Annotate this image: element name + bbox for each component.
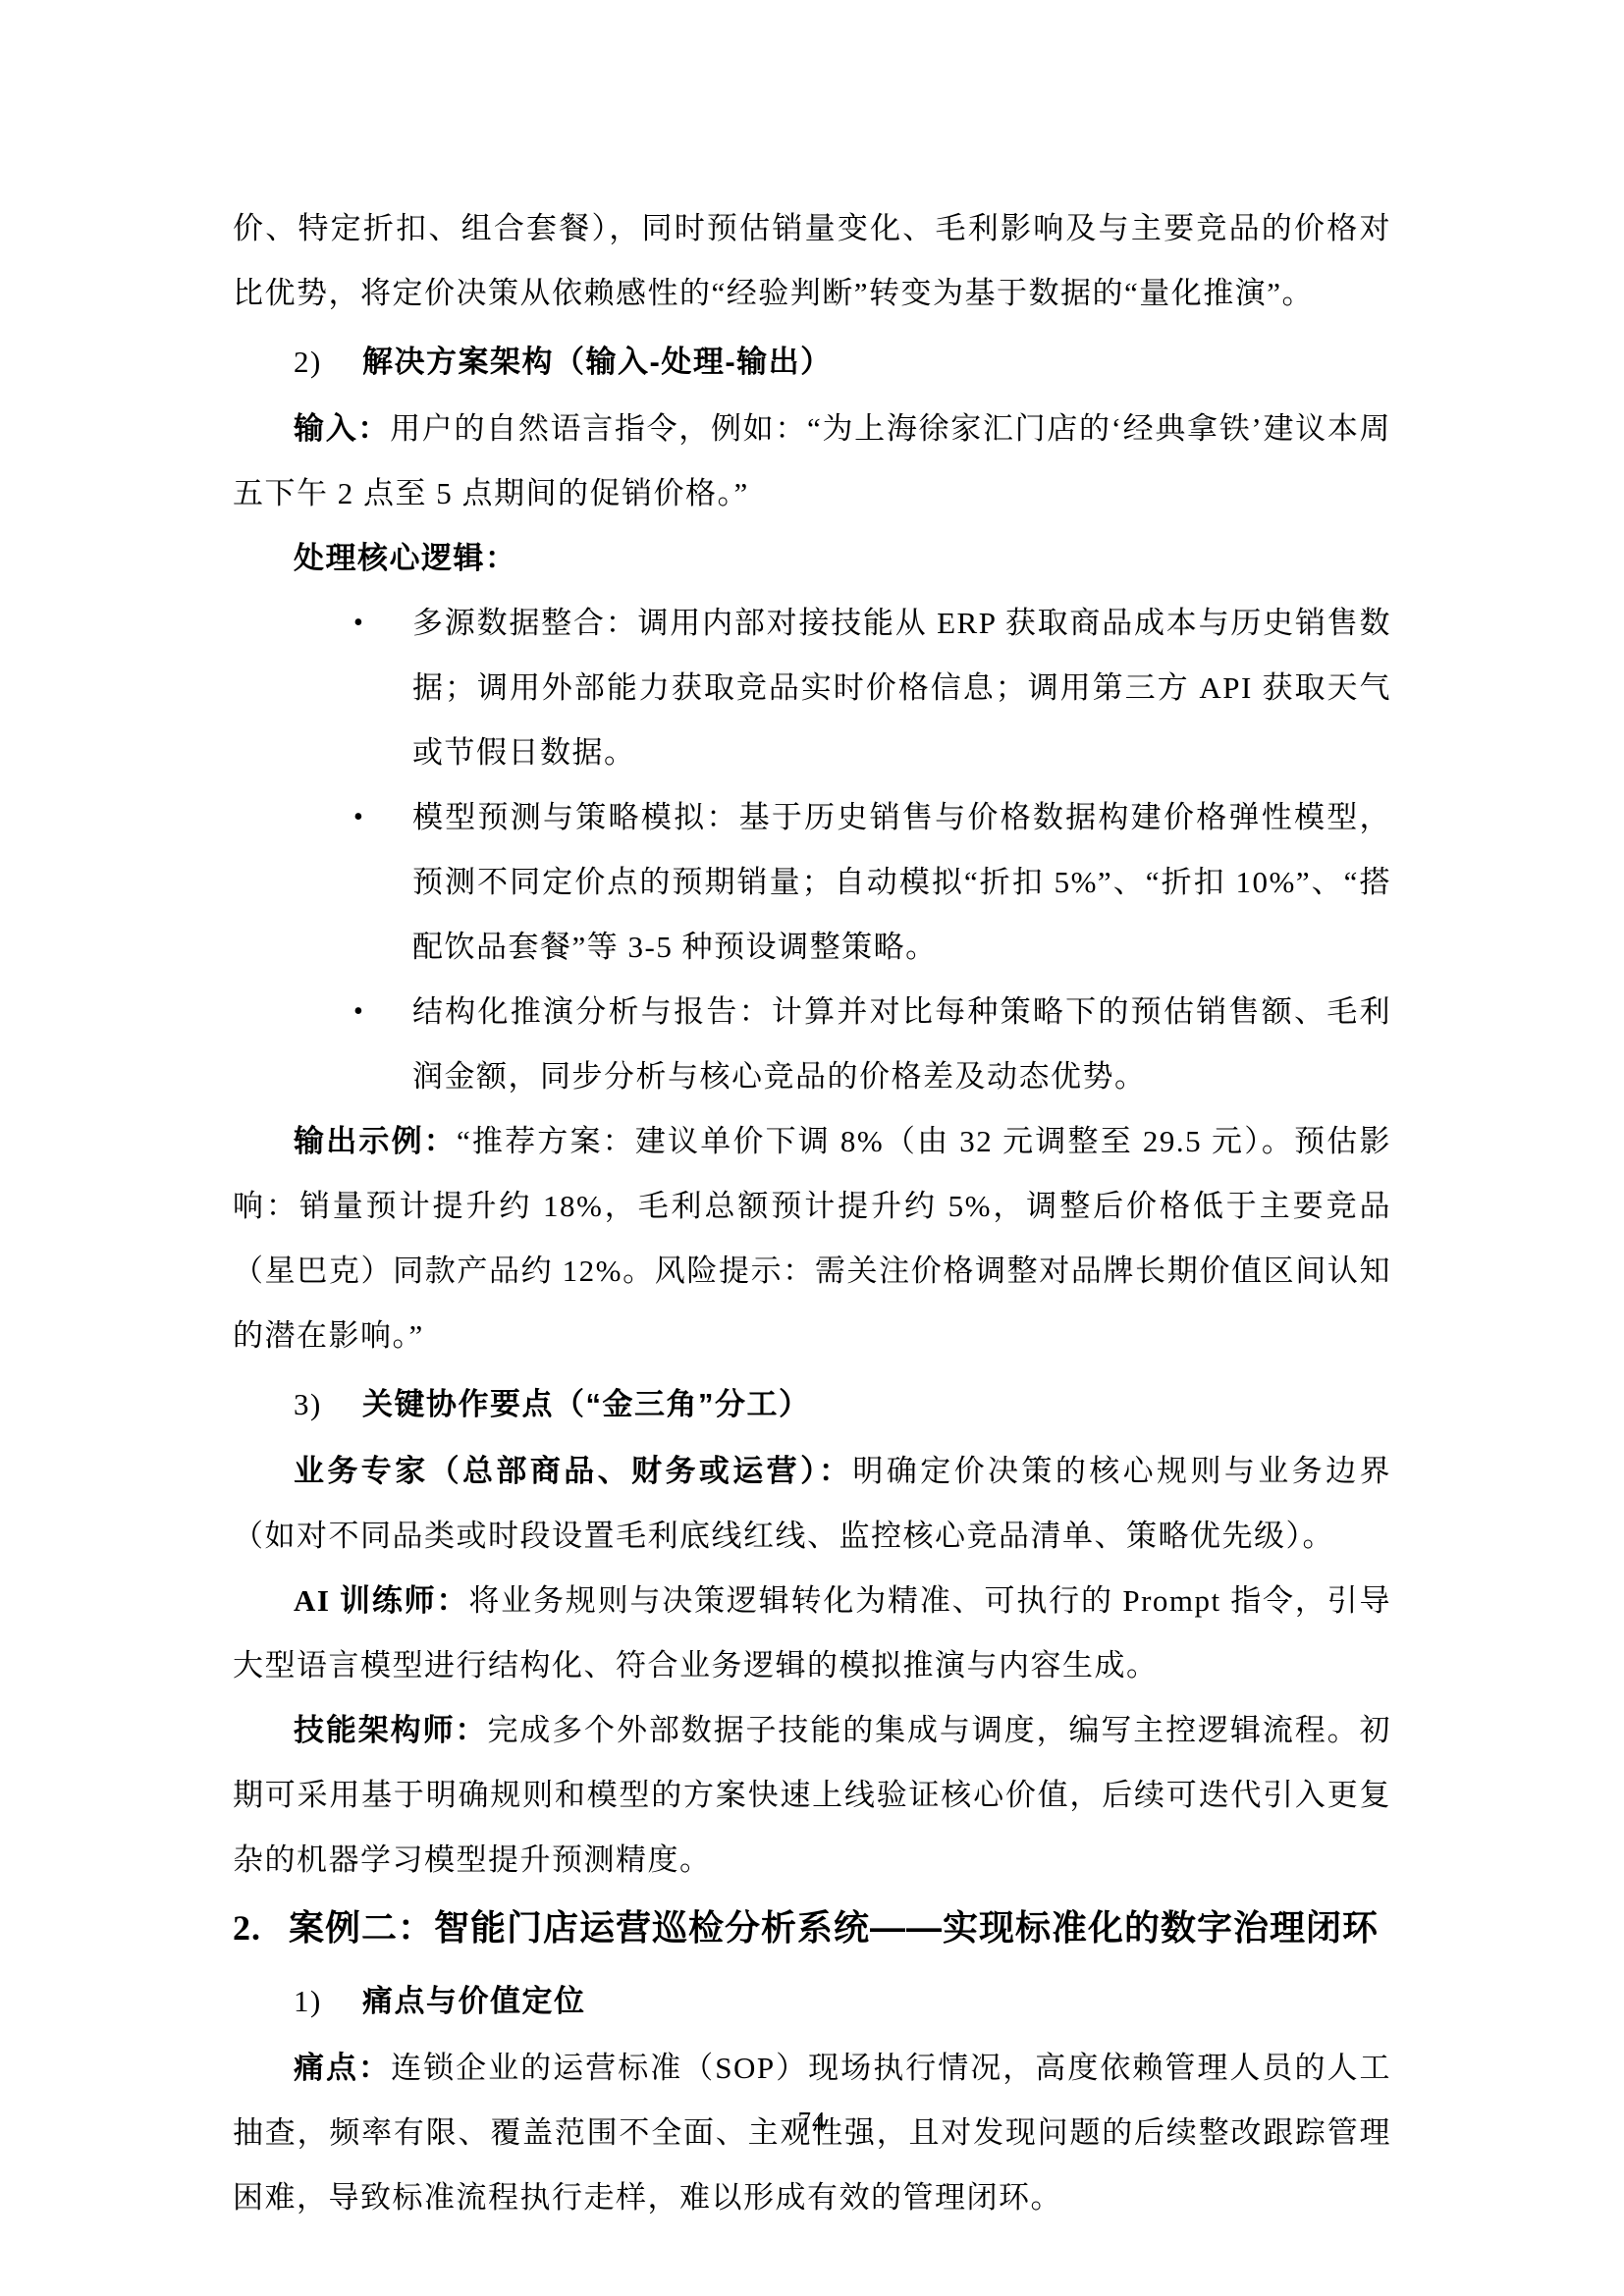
trainer-paragraph: AI 训练师：将业务规则与决策逻辑转化为精准、可执行的 Prompt 指令，引导… <box>233 1569 1391 1698</box>
logic-heading: 处理核心逻辑： <box>233 526 1391 591</box>
section-title: 关键协作要点（“金三角”分工） <box>362 1387 811 1421</box>
page-number: 74 <box>0 2107 1624 2137</box>
section-number: 2) <box>294 330 362 395</box>
list-item: •多源数据整合：调用内部对接技能从 ERP 获取商品成本与历史销售数据；调用外部… <box>233 591 1391 785</box>
list-item: •模型预测与策略模拟：基于历史销售与价格数据构建价格弹性模型，预测不同定价点的预… <box>233 785 1391 980</box>
intro-paragraph: 价、特定折扣、组合套餐），同时预估销量变化、毛利影响及与主要竞品的价格对比优势，… <box>233 196 1391 326</box>
output-paragraph: 输出示例：“推荐方案：建议单价下调 8%（由 32 元调整至 29.5 元）。预… <box>233 1109 1391 1368</box>
architect-label: 技能架构师： <box>294 1713 487 1747</box>
architect-paragraph: 技能架构师：完成多个外部数据子技能的集成与调度，编写主控逻辑流程。初期可采用基于… <box>233 1698 1391 1893</box>
document-body: 价、特定折扣、组合套餐），同时预估销量变化、毛利影响及与主要竞品的价格对比优势，… <box>233 0 1391 2230</box>
bullet-text: 结构化推演分析与报告：计算并对比每种策略下的预估销售额、毛利润金额，同步分析与核… <box>412 994 1391 1094</box>
bullet-icon: • <box>353 785 364 850</box>
case2-heading: 2.案例二：智能门店运营巡检分析系统——实现标准化的数字治理闭环 <box>233 1893 1391 1963</box>
input-text: 用户的自然语言指令，例如：“为上海徐家汇门店的‘经典拿铁’建议本周五下午 2 点… <box>233 411 1391 510</box>
input-label: 输入： <box>294 411 390 446</box>
bullet-text: 模型预测与策略模拟：基于历史销售与价格数据构建价格弹性模型，预测不同定价点的预期… <box>412 800 1391 964</box>
bullet-text: 多源数据整合：调用内部对接技能从 ERP 获取商品成本与历史销售数据；调用外部能… <box>412 606 1391 770</box>
section-title: 解决方案架构（输入-处理-输出） <box>362 345 833 379</box>
section-number: 1) <box>294 1969 362 2034</box>
logic-bullet-list: •多源数据整合：调用内部对接技能从 ERP 获取商品成本与历史销售数据；调用外部… <box>233 591 1391 1109</box>
bullet-icon: • <box>353 591 364 656</box>
section-title: 痛点与价值定位 <box>362 1984 586 2018</box>
case2-number: 2. <box>233 1893 289 1963</box>
section-heading-pain: 1)痛点与价值定位 <box>233 1969 1391 2034</box>
trainer-label: AI 训练师： <box>294 1583 468 1618</box>
list-item: •结构化推演分析与报告：计算并对比每种策略下的预估销售额、毛利润金额，同步分析与… <box>233 980 1391 1109</box>
logic-label: 处理核心逻辑： <box>294 541 517 575</box>
document-page: 价、特定折扣、组合套餐），同时预估销量变化、毛利影响及与主要竞品的价格对比优势，… <box>0 0 1624 2296</box>
output-label: 输出示例： <box>294 1124 457 1158</box>
section-number: 3) <box>294 1372 362 1437</box>
bullet-icon: • <box>353 980 364 1044</box>
expert-paragraph: 业务专家（总部商品、财务或运营）：明确定价决策的核心规则与业务边界（如对不同品类… <box>233 1439 1391 1569</box>
pain-label: 痛点： <box>294 2051 391 2085</box>
section-heading-collaboration: 3)关键协作要点（“金三角”分工） <box>233 1372 1391 1437</box>
case2-title: 案例二：智能门店运营巡检分析系统——实现标准化的数字治理闭环 <box>289 1907 1379 1948</box>
expert-label: 业务专家（总部商品、财务或运营）： <box>294 1454 852 1488</box>
input-paragraph: 输入：用户的自然语言指令，例如：“为上海徐家汇门店的‘经典拿铁’建议本周五下午 … <box>233 397 1391 526</box>
section-heading-solution: 2)解决方案架构（输入-处理-输出） <box>233 330 1391 395</box>
